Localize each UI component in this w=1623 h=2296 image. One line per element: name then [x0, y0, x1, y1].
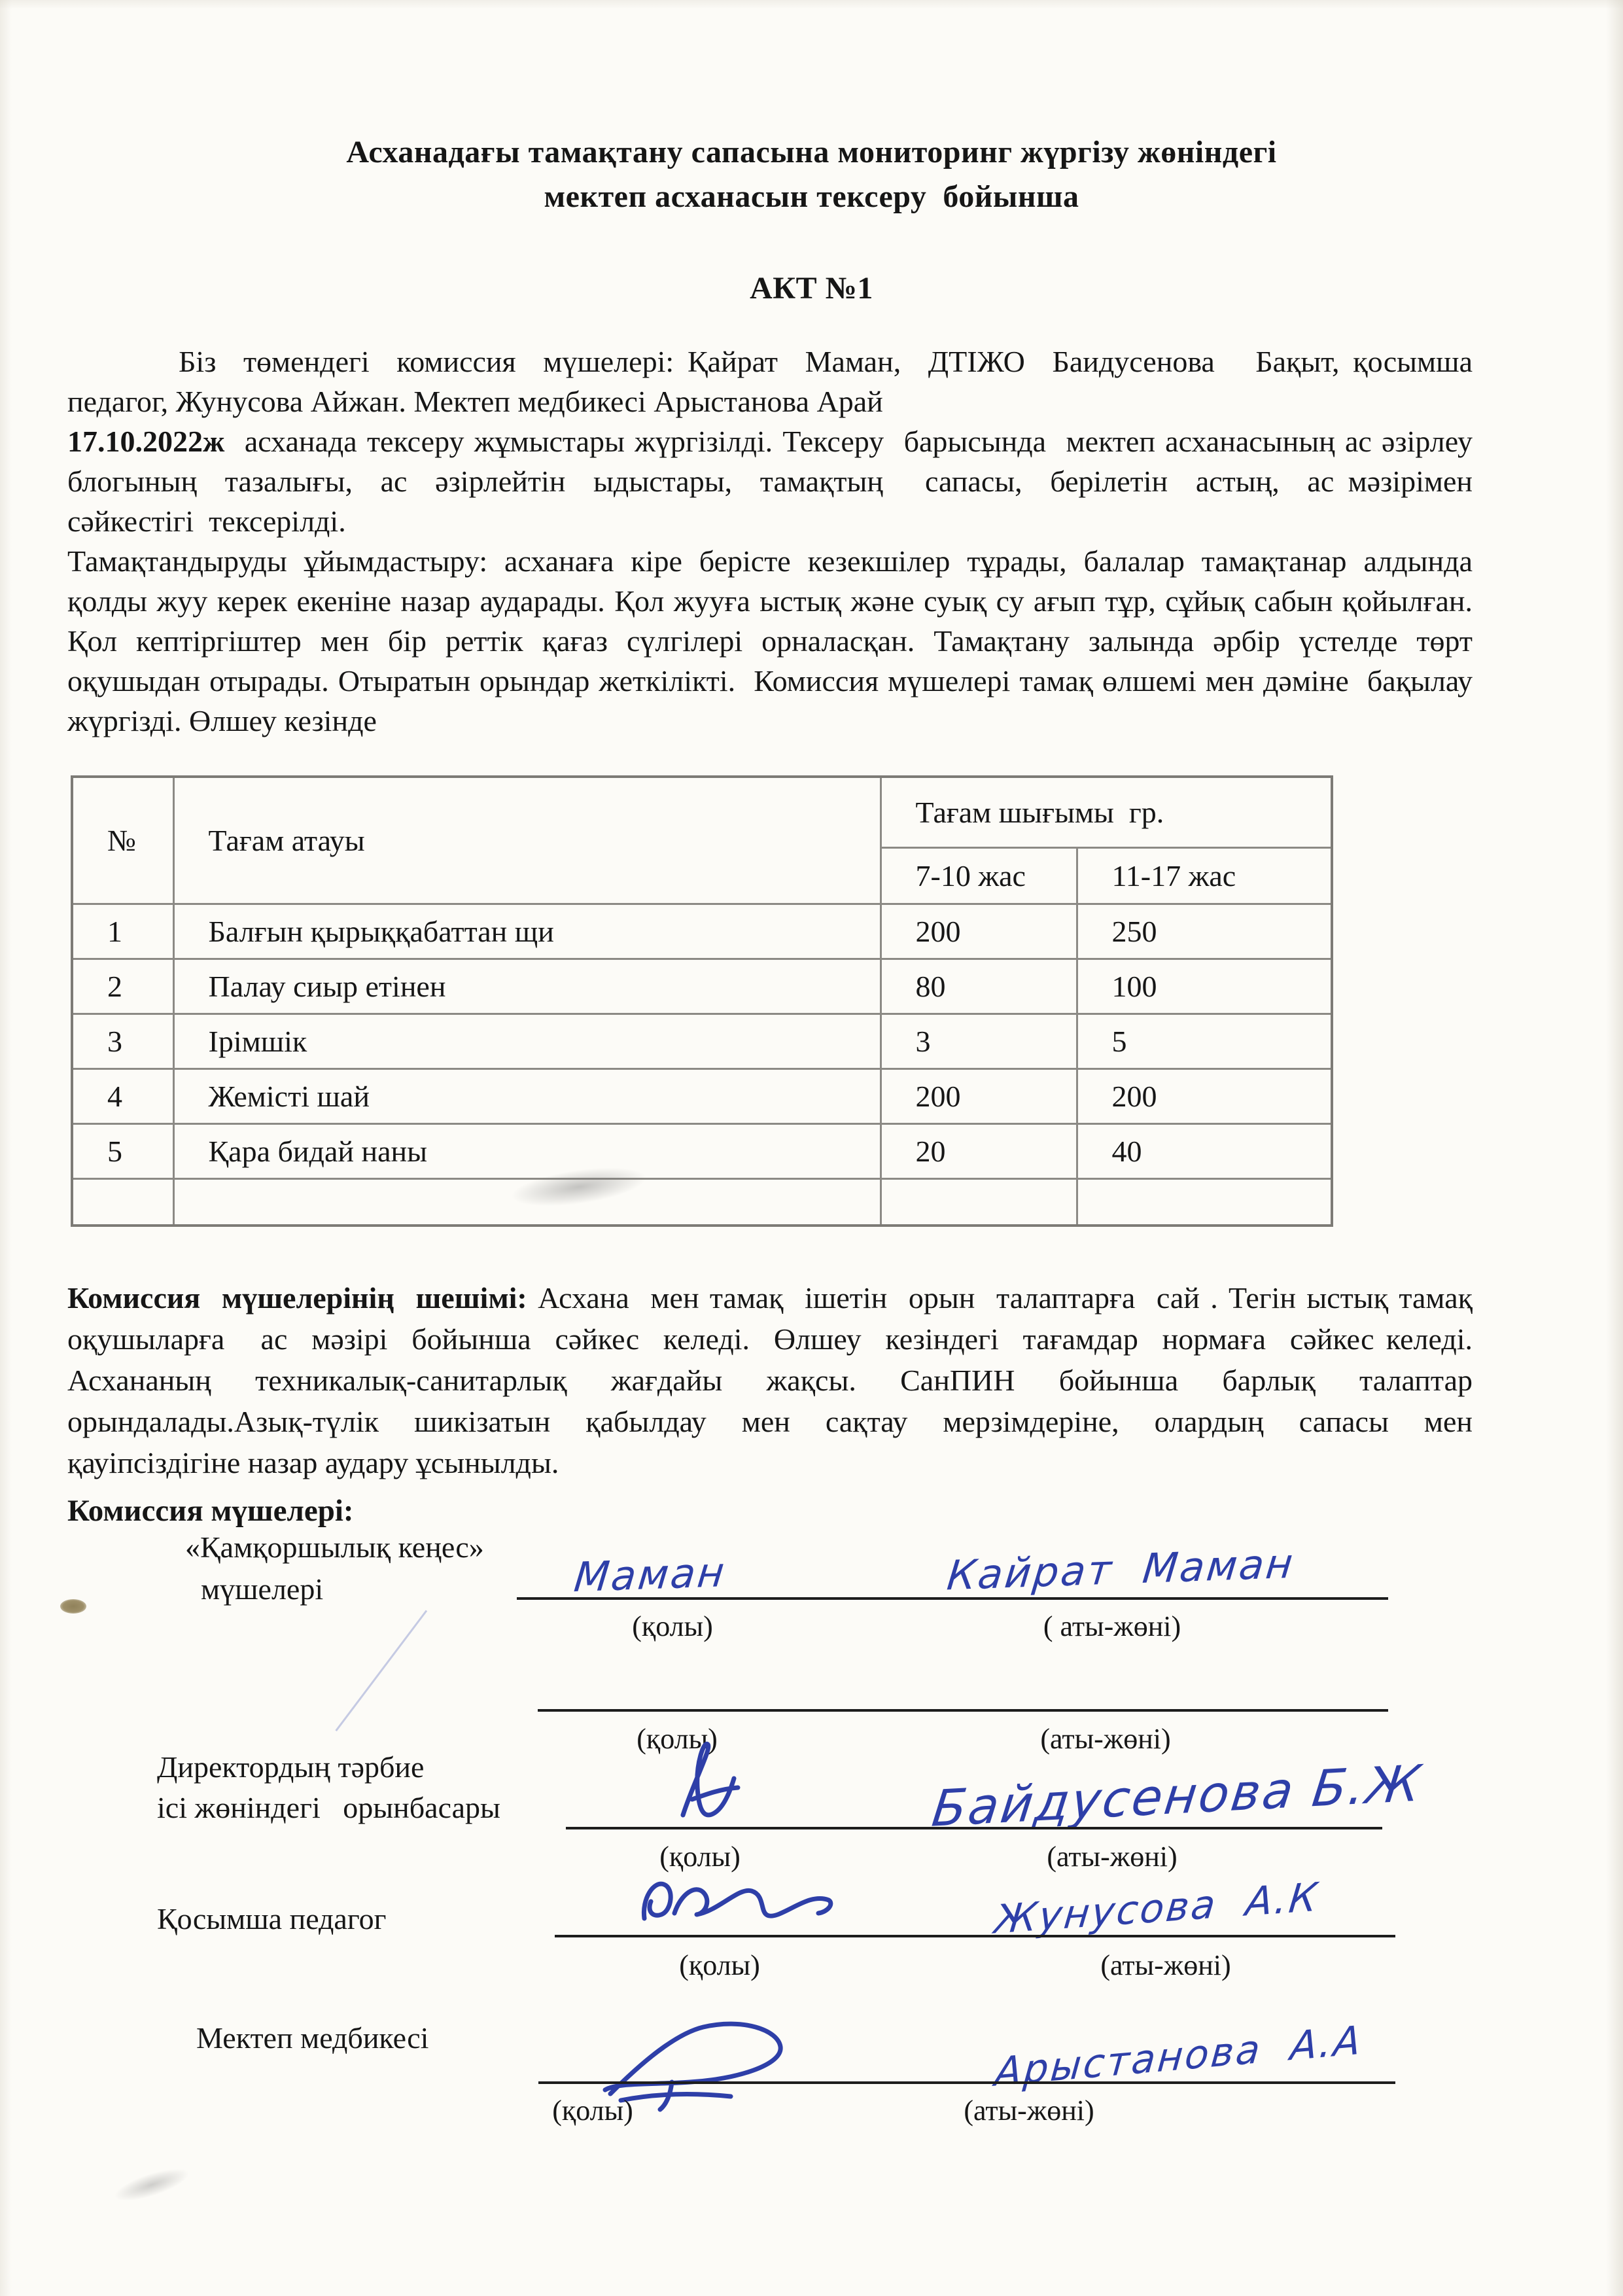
ink-dot — [60, 1599, 86, 1614]
document-title-line1: Асханадағы тамақтану сапасына мониторинг… — [0, 134, 1623, 170]
signer-role-nurse: Мектеп медбикесі — [196, 2019, 428, 2057]
paragraph-commission-members: Біз төмендегі комиссия мүшелері: Қайрат … — [67, 342, 1473, 421]
column-header-number: № — [72, 777, 173, 904]
name-handwriting-baidusenova: Байдусенова Б.Ж — [929, 1754, 1425, 1838]
signature-label-aty-zhoni: ( аты-жөні) — [1043, 1610, 1181, 1643]
cell-dish-name: Қара бидай наны — [173, 1123, 881, 1178]
name-handwriting-kairat-maman: Кайрат Маман — [945, 1540, 1297, 1600]
table-row: 3 Ірімшік 3 5 — [72, 1014, 1332, 1069]
body-text: Біз төмендегі комиссия мүшелері: Қайрат … — [67, 342, 1473, 741]
signature-line — [538, 1709, 1388, 1712]
table-row: 5 Қара бидай наны 20 40 — [72, 1123, 1332, 1178]
name-handwriting-zhunusova: Жунусова А.К — [992, 1874, 1321, 1943]
cell-age-11-17: 5 — [1077, 1014, 1332, 1069]
cell-age-7-10: 20 — [881, 1123, 1077, 1178]
signature-line — [555, 1935, 1395, 1937]
signature-scribble — [638, 1873, 841, 1938]
paragraph-2-text: асханада тексеру жұмыстары жүргізілді. Т… — [67, 425, 1488, 538]
cell-age-11-17: 200 — [1077, 1069, 1332, 1123]
cell-age-7-10 — [881, 1178, 1077, 1226]
scan-smudge — [111, 2162, 193, 2207]
table-header-row-1: № Тағам атауы Тағам шығымы гр. — [72, 777, 1332, 847]
cell-age-11-17 — [1077, 1178, 1332, 1226]
signature-label-qoly: (қолы) — [679, 1949, 760, 1982]
cell-dish-name: Балғын қырыққабаттан щи — [173, 904, 881, 959]
signature-label-qoly: (қолы) — [632, 1610, 713, 1643]
signature-label-qoly: (қолы) — [659, 1840, 741, 1873]
cell-row-number: 2 — [72, 959, 173, 1014]
signature-line — [538, 2081, 1395, 2084]
signer-role-trustee-line2: мүшелері — [201, 1570, 323, 1608]
scanned-document-page: Асханадағы тамақтану сапасына мониторинг… — [0, 0, 1623, 2296]
cell-row-number: 3 — [72, 1014, 173, 1069]
table-row: 4 Жемісті шай 200 200 — [72, 1069, 1332, 1123]
signer-role-deputy-line1: Директордың тәрбие — [157, 1748, 424, 1786]
signatures-heading: Комиссия мүшелері: — [67, 1493, 354, 1528]
table-row: 1 Балғын қырыққабаттан щи 200 250 — [72, 904, 1332, 959]
act-number-title: АКТ №1 — [0, 270, 1623, 306]
cell-age-7-10: 80 — [881, 959, 1077, 1014]
paragraph-1-text: Біз төмендегі комиссия мүшелері: Қайрат … — [67, 345, 1480, 418]
signature-label-aty-zhoni: (аты-жөні) — [1047, 1840, 1177, 1873]
cell-row-number: 1 — [72, 904, 173, 959]
cell-age-7-10: 3 — [881, 1014, 1077, 1069]
cell-row-number: 5 — [72, 1123, 173, 1178]
cell-age-11-17: 100 — [1077, 959, 1332, 1014]
signature-label-aty-zhoni: (аты-жөні) — [1100, 1949, 1230, 1982]
decision-lead: Комиссия мүшелерінің шешімі: — [67, 1281, 527, 1315]
cell-dish-name: Жемісті шай — [173, 1069, 881, 1123]
cell-dish-name: Ірімшік — [173, 1014, 881, 1069]
pen-stroke-tail — [335, 1610, 427, 1731]
signer-role-deputy-line2: ісі жөніндегі орынбасары — [157, 1789, 500, 1827]
document-title-line2: мектеп асханасын тексеру бойынша — [0, 179, 1623, 215]
column-header-age-11-17: 11-17 жас — [1077, 847, 1332, 904]
signature-line — [566, 1827, 1382, 1829]
signer-role-trustee-line1: «Қамқоршылық кеңес» — [185, 1528, 484, 1566]
signature-label-aty-zhoni: (аты-жөні) — [964, 2094, 1094, 2127]
column-header-dish-name: Тағам атауы — [173, 777, 881, 904]
inspection-date: 17.10.2022ж — [67, 425, 224, 458]
table-row-empty — [72, 1178, 1332, 1226]
cell-dish-name: Палау сиыр етінен — [173, 959, 881, 1014]
cell-age-7-10: 200 — [881, 904, 1077, 959]
cell-age-11-17: 40 — [1077, 1123, 1332, 1178]
dish-output-table: № Тағам атауы Тағам шығымы гр. 7-10 жас … — [71, 775, 1333, 1227]
decision-paragraph: Комиссия мүшелерінің шешімі: Асхана мен … — [67, 1277, 1473, 1483]
signer-role-pedagogue: Қосымша педагог — [157, 1900, 386, 1938]
cell-row-number — [72, 1178, 173, 1226]
table-row: 2 Палау сиыр етінен 80 100 — [72, 959, 1332, 1014]
signature-line — [517, 1597, 1388, 1600]
signature-label-qoly: (қолы) — [552, 2094, 633, 2127]
cell-age-11-17: 250 — [1077, 904, 1332, 959]
signature-label-aty-zhoni: (аты-жөні) — [1040, 1722, 1170, 1756]
cell-age-7-10: 200 — [881, 1069, 1077, 1123]
paragraph-catering-organization: Тамақтандыруды ұйымдастыру: асханаға кір… — [67, 541, 1473, 741]
column-header-age-7-10: 7-10 жас — [881, 847, 1077, 904]
paragraph-3-text: Тамақтандыруды ұйымдастыру: асханаға кір… — [67, 544, 1480, 737]
cell-row-number: 4 — [72, 1069, 173, 1123]
signature-handwriting-maman: Маман — [572, 1548, 728, 1601]
signature-scribble — [674, 1735, 752, 1830]
paragraph-inspection-date: 17.10.2022ж асханада тексеру жұмыстары ж… — [67, 421, 1473, 541]
column-header-output: Тағам шығымы гр. — [881, 777, 1332, 847]
